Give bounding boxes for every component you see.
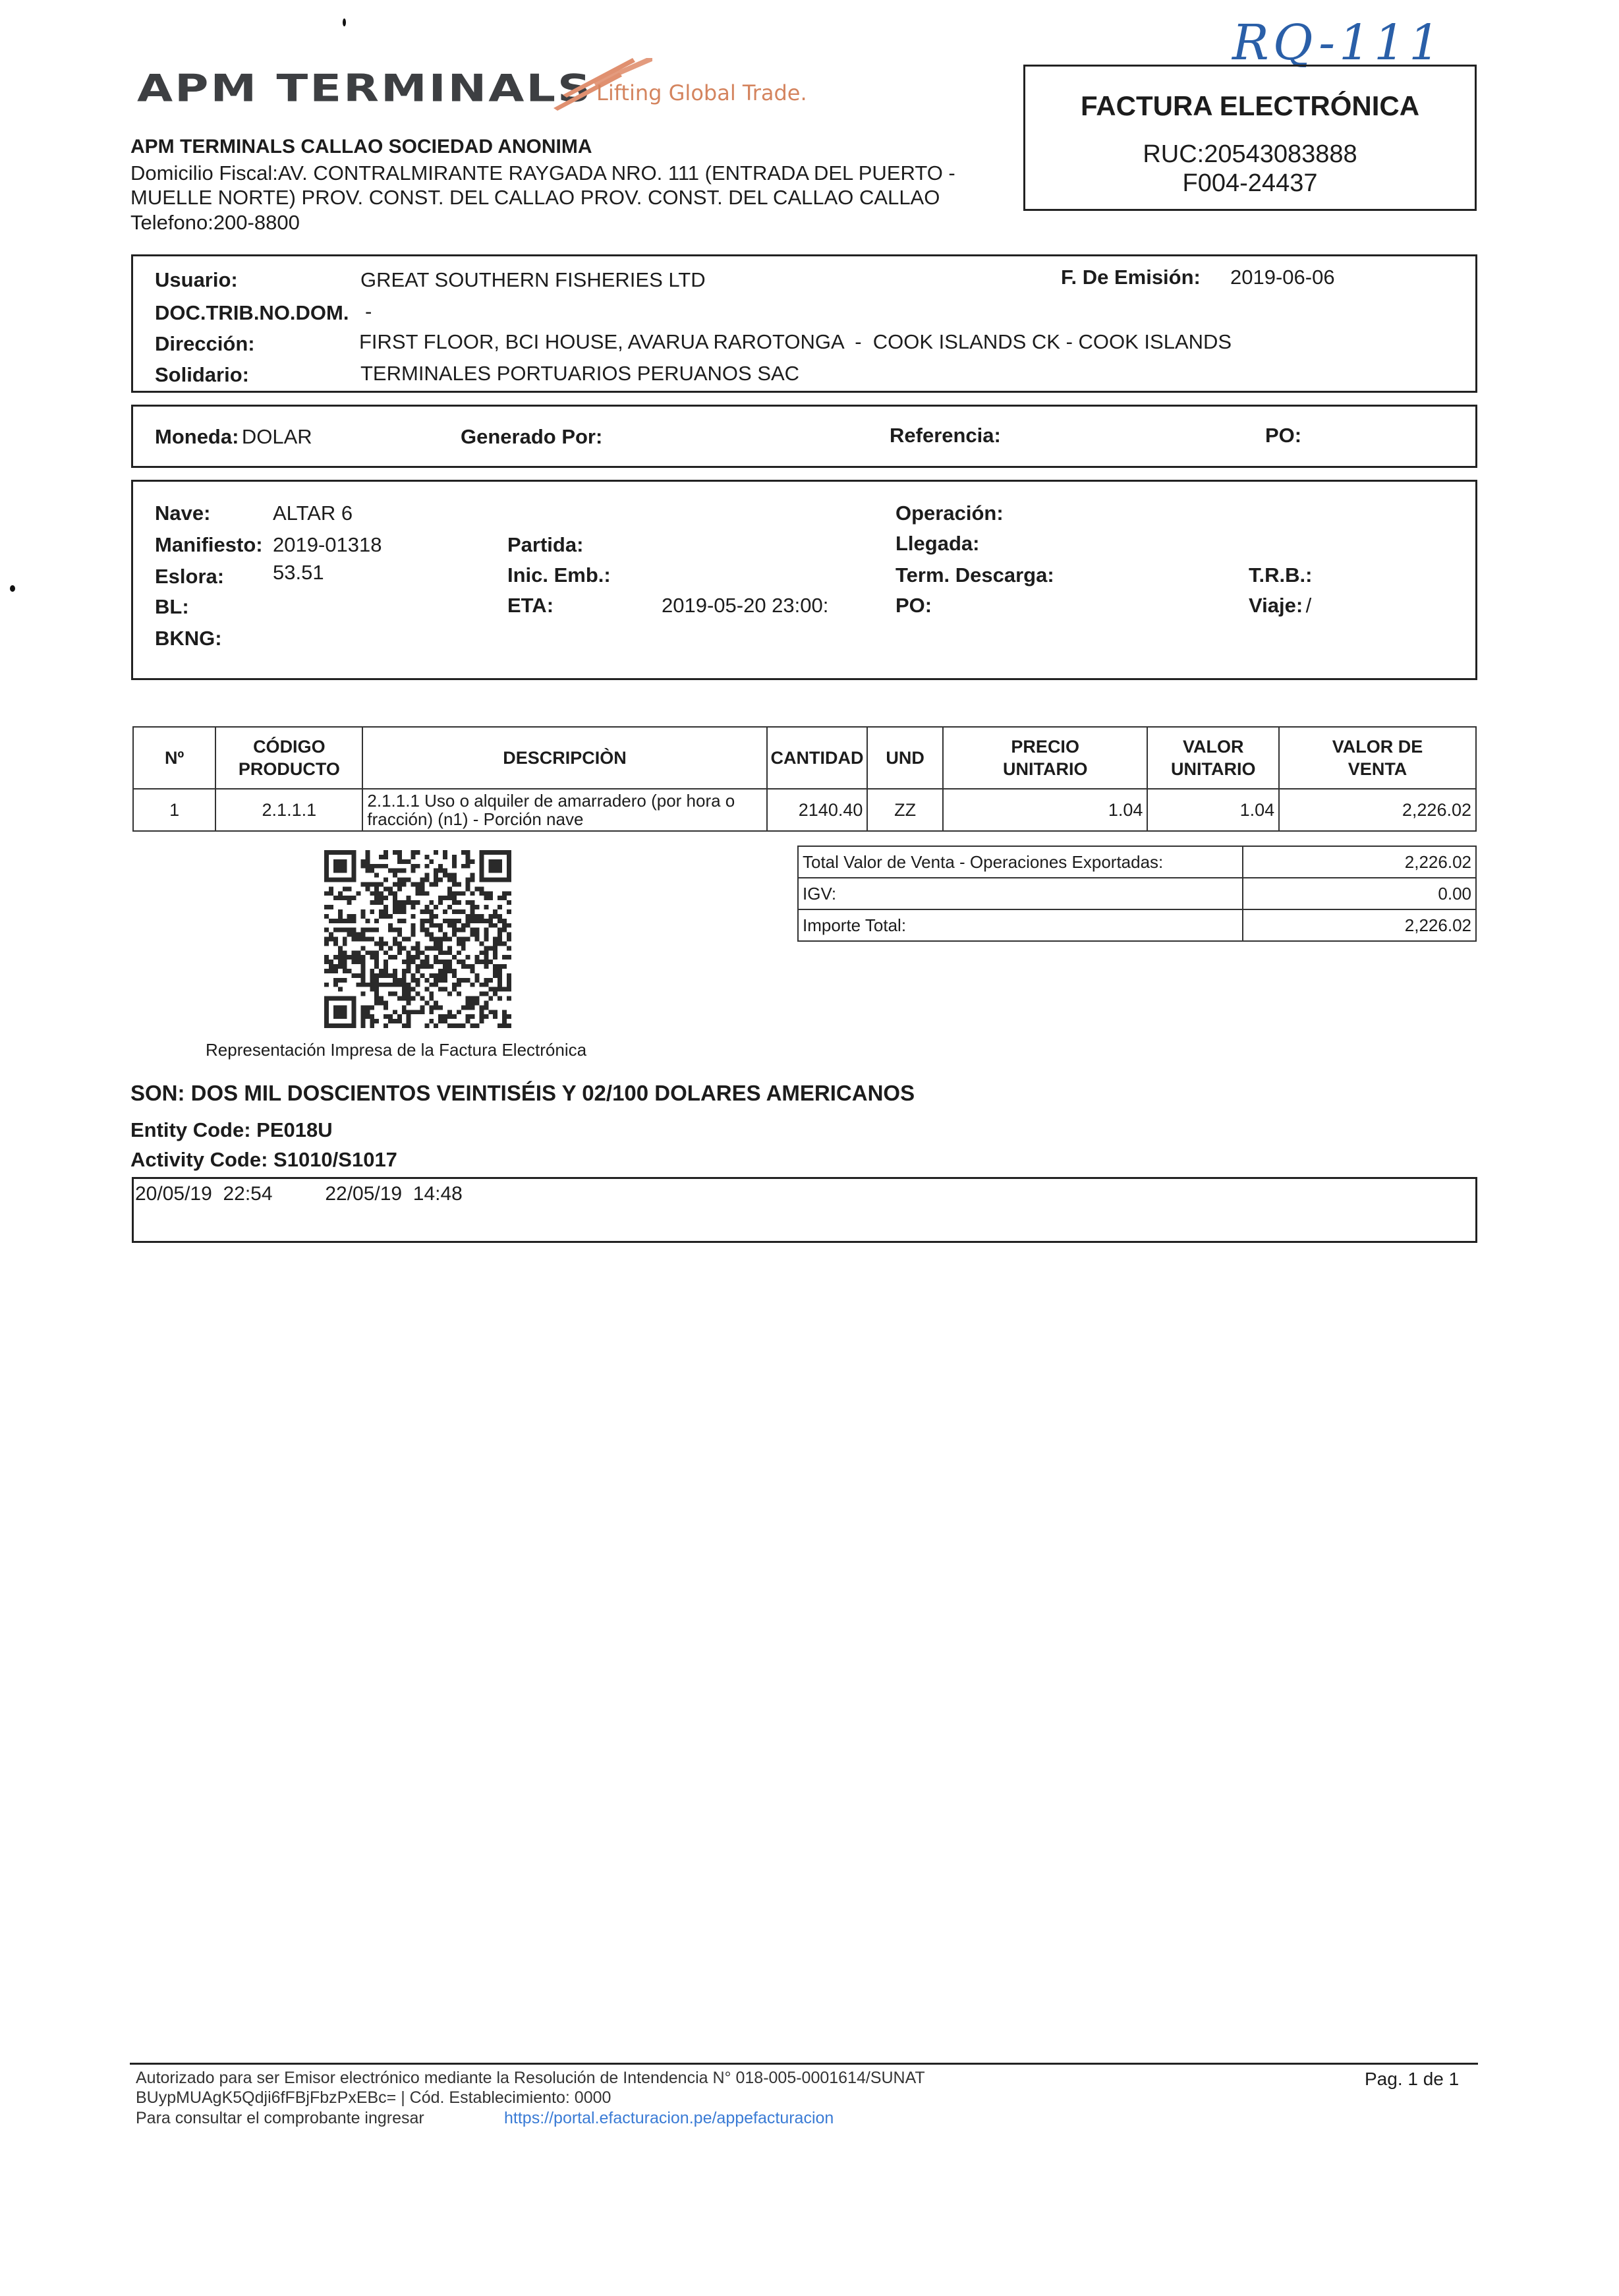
eta-label: ETA: [507,594,554,617]
company-phone: Telefono:200-8800 [130,211,300,235]
logo-tagline: Lifting Global Trade. [596,80,807,105]
trb-label: T.R.B.: [1249,563,1312,587]
manifiesto-value: 2019-01318 [273,533,382,557]
customer-section: Usuario: GREAT SOUTHERN FISHERIES LTD F.… [131,254,1477,393]
emision-value: 2019-06-06 [1230,266,1335,289]
currency-section: Moneda: DOLAR Generado Por: Referencia: … [131,405,1477,468]
col-header-descripcion: DESCRIPCIÒN [362,727,766,789]
nave-value: ALTAR 6 [273,502,353,525]
inic-emb-label: Inic. Emb.: [507,563,611,587]
igv-value: 0.00 [1243,878,1476,909]
entity-code: Entity Code: PE018U [130,1118,333,1142]
doc-trib-value: - [365,300,372,324]
manifiesto-label: Manifiesto: [155,533,263,557]
totals-row: Total Valor de Venta - Operaciones Expor… [798,846,1476,878]
cell-precio-unitario: 1.04 [943,789,1147,831]
footer-consult-text: Para consultar el comprobante ingresar [136,2109,424,2128]
page-number: Pag. 1 de 1 [1365,2069,1459,2090]
col-header-valor-unitario: VALOR UNITARIO [1147,727,1279,789]
totals-row: IGV: 0.00 [798,878,1476,909]
moneda-value: DOLAR [242,425,312,448]
cell-no: 1 [133,789,215,831]
cell-codigo: 2.1.1.1 [215,789,362,831]
igv-label: IGV: [798,878,1243,909]
bl-label: BL: [155,595,189,619]
qr-code-icon [324,850,511,1028]
col-header-precio: PRECIO UNITARIO [943,727,1147,789]
usuario-value: GREAT SOUTHERN FISHERIES LTD [360,268,706,292]
total-venta-label: Total Valor de Venta - Operaciones Expor… [798,846,1243,878]
bkng-label: BKNG: [155,627,222,650]
timestamp-end: 22/05/19 14:48 [325,1183,463,1205]
solidario-value: TERMINALES PORTUARIOS PERUANOS SAC [360,362,799,386]
invoice-number: F004-24437 [1025,169,1475,198]
timestamp-start: 20/05/19 22:54 [135,1183,320,1205]
table-row: 1 2.1.1.1 2.1.1.1 Uso o alquiler de amar… [133,789,1476,831]
emision-label: F. De Emisión: [1061,266,1201,289]
invoice-id-box: FACTURA ELECTRÓNICA RUC:20543083888 F004… [1023,65,1477,211]
vessel-section: Nave: ALTAR 6 Manifiesto: 2019-01318 Esl… [131,480,1477,680]
cell-und: ZZ [867,789,943,831]
col-header-no: Nº [133,727,215,789]
handwritten-note: RQ-111 [1232,14,1444,71]
col-header-codigo: CÓDIGO PRODUCTO [215,727,362,789]
invoice-ruc: RUC:20543083888 [1025,140,1475,169]
viaje-value: / [1306,594,1312,617]
usuario-label: Usuario: [155,268,238,292]
footer-consult-link[interactable]: https://portal.efacturacion.pe/appefactu… [504,2109,834,2128]
footer-divider [130,2063,1478,2065]
po-label: PO: [1265,424,1301,447]
cell-cantidad: 2140.40 [767,789,868,831]
generado-por-label: Generado Por: [461,425,602,449]
totals-row: Importe Total: 2,226.02 [798,909,1476,941]
eslora-value: 53.51 [273,561,324,585]
timestamps-box: 20/05/19 22:54 22/05/19 14:48 [132,1177,1477,1243]
vessel-po-label: PO: [895,594,932,617]
viaje-label: Viaje: [1249,594,1303,617]
doc-trib-label: DOC.TRIB.NO.DOM. [155,301,349,325]
importe-total-value: 2,226.02 [1243,909,1476,941]
col-header-und: UND [867,727,943,789]
direccion-value: FIRST FLOOR, BCI HOUSE, AVARUA RAROTONGA… [359,330,1232,354]
cell-descripcion: 2.1.1.1 Uso o alquiler de amarradero (po… [362,789,766,831]
footer-hash: BUypMUAgK5Qdji6fFBjFbzPxEBc= | Cód. Esta… [136,2088,611,2108]
table-header-row: Nº CÓDIGO PRODUCTO DESCRIPCIÒN CANTIDAD … [133,727,1476,789]
company-address-line: MUELLE NORTE) PROV. CONST. DEL CALLAO PR… [130,186,940,210]
importe-total-label: Importe Total: [798,909,1243,941]
partida-label: Partida: [507,533,583,557]
company-name: APM TERMINALS CALLAO SOCIEDAD ANONIMA [130,136,592,158]
llegada-label: Llegada: [895,532,979,556]
solidario-label: Solidario: [155,363,249,387]
invoice-title: FACTURA ELECTRÓNICA [1025,90,1475,122]
operacion-label: Operación: [895,502,1004,525]
qr-caption: Representación Impresa de la Factura Ele… [206,1040,586,1060]
items-table: Nº CÓDIGO PRODUCTO DESCRIPCIÒN CANTIDAD … [132,726,1477,832]
totals-table: Total Valor de Venta - Operaciones Expor… [797,846,1477,942]
company-logo-text: APM TERMINALS [137,66,592,110]
referencia-label: Referencia: [890,424,1001,447]
scan-mark [10,585,15,592]
eta-value: 2019-05-20 23:00: [662,594,828,617]
scan-mark [343,18,346,26]
moneda-label: Moneda: [155,425,239,448]
col-header-cantidad: CANTIDAD [767,727,868,789]
nave-label: Nave: [155,502,210,525]
cell-valor-venta: 2,226.02 [1279,789,1476,831]
cell-valor-unitario: 1.04 [1147,789,1279,831]
term-descarga-label: Term. Descarga: [895,563,1054,587]
eslora-label: Eslora: [155,565,224,588]
amount-in-words: SON: DOS MIL DOSCIENTOS VEINTISÉIS Y 02/… [130,1081,915,1106]
direccion-label: Dirección: [155,332,255,356]
col-header-valor-venta: VALOR DE VENTA [1279,727,1476,789]
footer-authorization: Autorizado para ser Emisor electrónico m… [136,2069,925,2088]
total-venta-value: 2,226.02 [1243,846,1476,878]
activity-code: Activity Code: S1010/S1017 [130,1148,397,1172]
company-address-line: Domicilio Fiscal:AV. CONTRALMIRANTE RAYG… [130,161,955,185]
